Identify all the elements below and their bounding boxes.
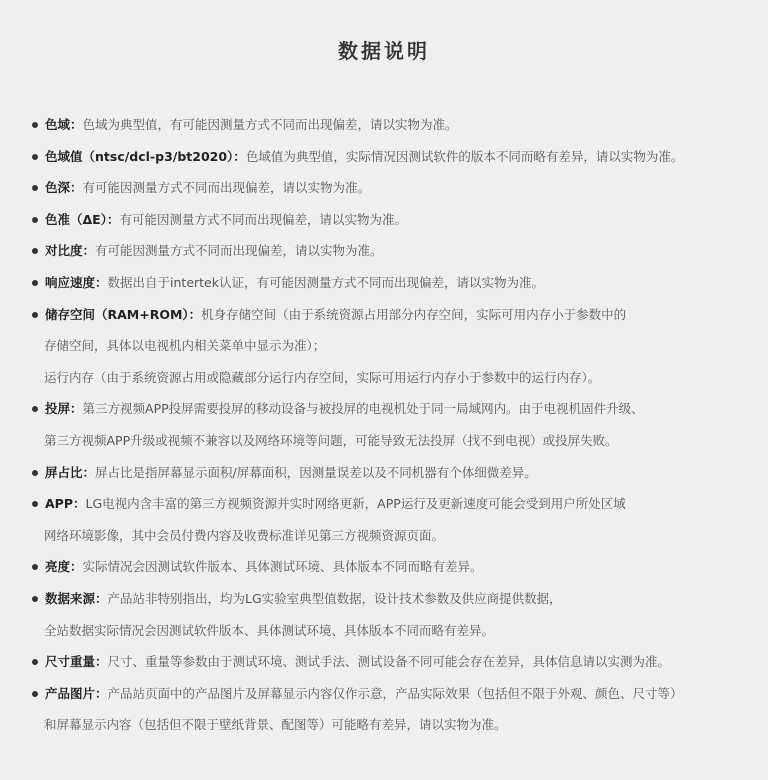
- page-title: 数据说明: [0, 36, 768, 66]
- list-item-color-depth: 色深：有可能因测量方式不同而出现偏差，请以实物为准。: [0, 175, 768, 207]
- item-label: 储存空间（RAM+ROM）: [45, 307, 189, 322]
- bullet-icon: [32, 470, 38, 476]
- list-item-color-gamut: 色域：色域为典型值，有可能因测量方式不同而出现偏差，请以实物为准。: [0, 112, 768, 144]
- item-separator: ：: [70, 117, 83, 132]
- item-label: 投屏: [45, 401, 70, 416]
- bullet-icon: [32, 501, 38, 507]
- item-separator: ：: [70, 401, 83, 416]
- list-item-data-source: 数据来源：产品站非特别指出，均为LG实验室典型值数据，设计技术参数及供应商提供数…: [0, 586, 768, 618]
- list-item-storage-continued: 运行内存（由于系统资源占用或隐藏部分运行内存空间，实际可用运行内存小于参数中的运…: [0, 365, 768, 397]
- bullet-icon: [32, 154, 38, 160]
- item-text: 第三方视频APP升级或视频不兼容以及网络环境等问题，可能导致无法投屏（找不到电视…: [44, 433, 618, 448]
- item-separator: ：: [189, 307, 202, 322]
- item-separator: ：: [70, 180, 83, 195]
- bullet-icon: [32, 217, 38, 223]
- item-label: APP: [45, 496, 73, 511]
- item-text: 色域为典型值，有可能因测量方式不同而出现偏差，请以实物为准。: [83, 117, 458, 132]
- item-text: 网络环境影像，其中会员付费内容及收费标准详见第三方视频资源页面。: [44, 528, 444, 543]
- item-label: 对比度: [45, 243, 83, 258]
- item-text: 全站数据实际情况会因测试软件版本、具体测试环境、具体版本不同而略有差异。: [44, 623, 494, 638]
- item-label: 产品图片: [45, 686, 95, 701]
- item-label: 响应速度: [45, 275, 95, 290]
- list-item-response-time: 响应速度：数据出自于intertek认证，有可能因测量方式不同而出现偏差，请以实…: [0, 270, 768, 302]
- item-label: 数据来源: [45, 591, 95, 606]
- bullet-icon: [32, 312, 38, 318]
- item-label: 色准（ΔE）: [45, 212, 107, 227]
- list-item-color-gamut-value: 色域值（ntsc/dcl-p3/bt2020）：色域值为典型值，实际情况因测试软…: [0, 144, 768, 176]
- bullet-icon: [32, 122, 38, 128]
- item-text: 第三方视频APP投屏需要投屏的移动设备与被投屏的电视机处于同一局域网内。由于电视…: [83, 401, 644, 416]
- bullet-icon: [32, 185, 38, 191]
- item-separator: ：: [95, 686, 108, 701]
- item-label: 亮度: [45, 559, 70, 574]
- list-item-storage-continued: 存储空间，具体以电视机内相关菜单中显示为准）；: [0, 333, 768, 365]
- item-separator: ：: [95, 591, 108, 606]
- item-text: 产品站页面中的产品图片及屏幕显示内容仅作示意，产品实际效果（包括但不限于外观、颜…: [108, 686, 683, 701]
- bullet-icon: [32, 406, 38, 412]
- item-label: 色域: [45, 117, 70, 132]
- item-text: 运行内存（由于系统资源占用或隐藏部分运行内存空间，实际可用运行内存小于参数中的运…: [44, 370, 600, 385]
- list-item-data-source-continued: 全站数据实际情况会因测试软件版本、具体测试环境、具体版本不同而略有差异。: [0, 618, 768, 650]
- item-separator: ：: [107, 212, 120, 227]
- bullet-icon: [32, 596, 38, 602]
- list-item-product-images-continued: 和屏幕显示内容（包括但不限于壁纸背景、配图等）可能略有差异，请以实物为准。: [0, 712, 768, 744]
- item-separator: ：: [95, 654, 108, 669]
- item-separator: ：: [83, 465, 96, 480]
- list-item-contrast: 对比度：有可能因测量方式不同而出现偏差，请以实物为准。: [0, 238, 768, 270]
- item-text: 产品站非特别指出，均为LG实验室典型值数据，设计技术参数及供应商提供数据，: [108, 591, 562, 606]
- list-item-brightness: 亮度：实际情况会因测试软件版本、具体测试环境、具体版本不同而略有差异。: [0, 554, 768, 586]
- list-item-screen-casting-continued: 第三方视频APP升级或视频不兼容以及网络环境等问题，可能导致无法投屏（找不到电视…: [0, 428, 768, 460]
- item-separator: ：: [95, 275, 108, 290]
- item-text: LG电视内含丰富的第三方视频资源并实时网络更新，APP运行及更新速度可能会受到用…: [86, 496, 626, 511]
- list-item-color-accuracy: 色准（ΔE）：有可能因测量方式不同而出现偏差，请以实物为准。: [0, 207, 768, 239]
- bullet-icon: [32, 564, 38, 570]
- item-text: 尺寸、重量等参数由于测试环境、测试手法、测试设备不同可能会存在差异，具体信息请以…: [108, 654, 671, 669]
- item-text: 色域值为典型值，实际情况因测试软件的版本不同而略有差异，请以实物为准。: [246, 149, 684, 164]
- item-label: 屏占比: [45, 465, 83, 480]
- data-notes-list: 色域：色域为典型值，有可能因测量方式不同而出现偏差，请以实物为准。 色域值（nt…: [0, 112, 768, 744]
- list-item-screen-ratio: 屏占比：屏占比是指屏幕显示面积/屏幕面积，因测量误差以及不同机器有个体细微差异。: [0, 460, 768, 492]
- item-label: 色域值（ntsc/dcl-p3/bt2020）: [45, 149, 233, 164]
- list-item-app-continued: 网络环境影像，其中会员付费内容及收费标准详见第三方视频资源页面。: [0, 523, 768, 555]
- list-item-storage: 储存空间（RAM+ROM）：机身存储空间（由于系统资源占用部分内存空间，实际可用…: [0, 302, 768, 334]
- list-item-screen-casting: 投屏：第三方视频APP投屏需要投屏的移动设备与被投屏的电视机处于同一局域网内。由…: [0, 396, 768, 428]
- item-text: 有可能因测量方式不同而出现偏差，请以实物为准。: [83, 180, 371, 195]
- item-text: 实际情况会因测试软件版本、具体测试环境、具体版本不同而略有差异。: [83, 559, 483, 574]
- item-separator: ：: [73, 496, 86, 511]
- list-item-app: APP：LG电视内含丰富的第三方视频资源并实时网络更新，APP运行及更新速度可能…: [0, 491, 768, 523]
- bullet-icon: [32, 691, 38, 697]
- item-text: 有可能因测量方式不同而出现偏差，请以实物为准。: [119, 212, 407, 227]
- item-text: 存储空间，具体以电视机内相关菜单中显示为准）；: [44, 338, 325, 353]
- item-text: 和屏幕显示内容（包括但不限于壁纸背景、配图等）可能略有差异，请以实物为准。: [44, 717, 507, 732]
- item-text: 屏占比是指屏幕显示面积/屏幕面积，因测量误差以及不同机器有个体细微差异。: [95, 465, 537, 480]
- bullet-icon: [32, 248, 38, 254]
- item-label: 尺寸重量: [45, 654, 95, 669]
- item-text: 数据出自于intertek认证，有可能因测量方式不同而出现偏差，请以实物为准。: [108, 275, 544, 290]
- item-text: 机身存储空间（由于系统资源占用部分内存空间，实际可用内存小于参数中的: [201, 307, 626, 322]
- item-label: 色深: [45, 180, 70, 195]
- item-separator: ：: [70, 559, 83, 574]
- item-text: 有可能因测量方式不同而出现偏差，请以实物为准。: [95, 243, 383, 258]
- bullet-icon: [32, 659, 38, 665]
- item-separator: ：: [83, 243, 96, 258]
- list-item-size-weight: 尺寸重量：尺寸、重量等参数由于测试环境、测试手法、测试设备不同可能会存在差异，具…: [0, 649, 768, 681]
- bullet-icon: [32, 280, 38, 286]
- item-separator: ：: [233, 149, 246, 164]
- list-item-product-images: 产品图片：产品站页面中的产品图片及屏幕显示内容仅作示意，产品实际效果（包括但不限…: [0, 681, 768, 713]
